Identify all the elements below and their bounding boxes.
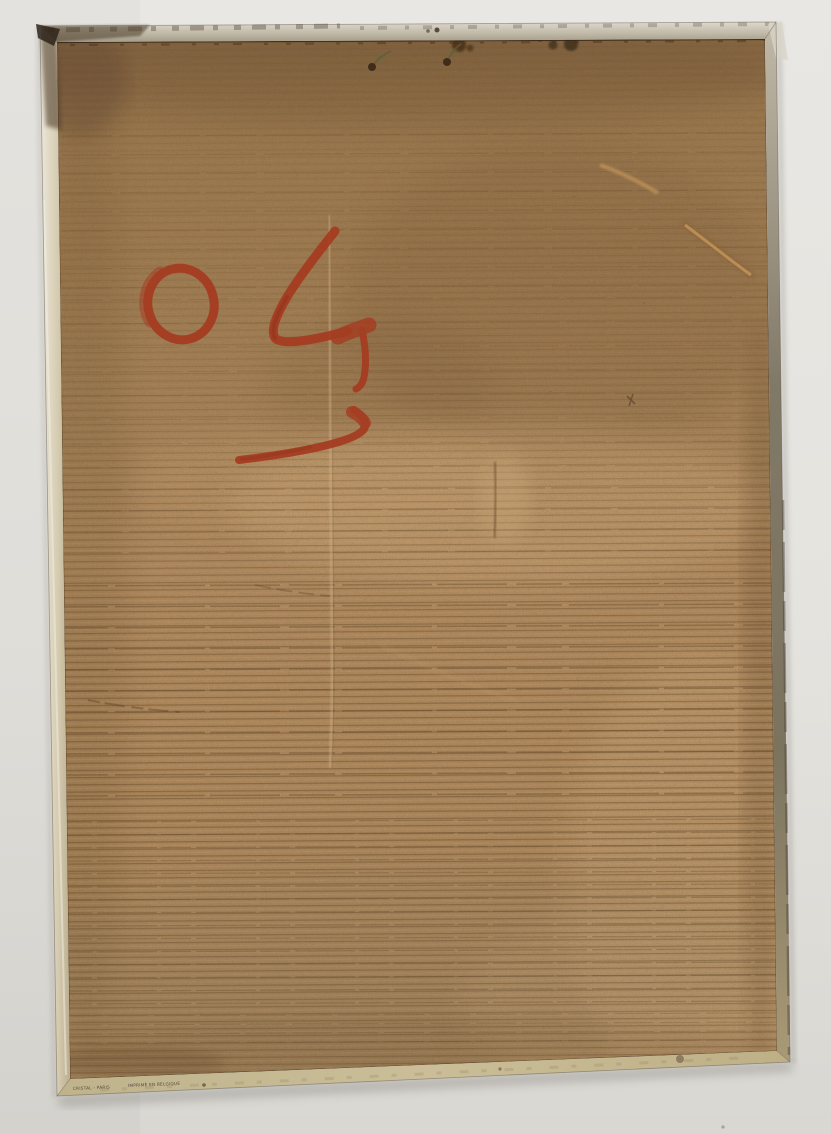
scene-svg: Photograph of the back of a framed pictu…	[0, 0, 831, 1134]
photograph: Photograph of the back of a framed pictu…	[0, 0, 831, 1134]
photo-vignette	[0, 0, 831, 1134]
